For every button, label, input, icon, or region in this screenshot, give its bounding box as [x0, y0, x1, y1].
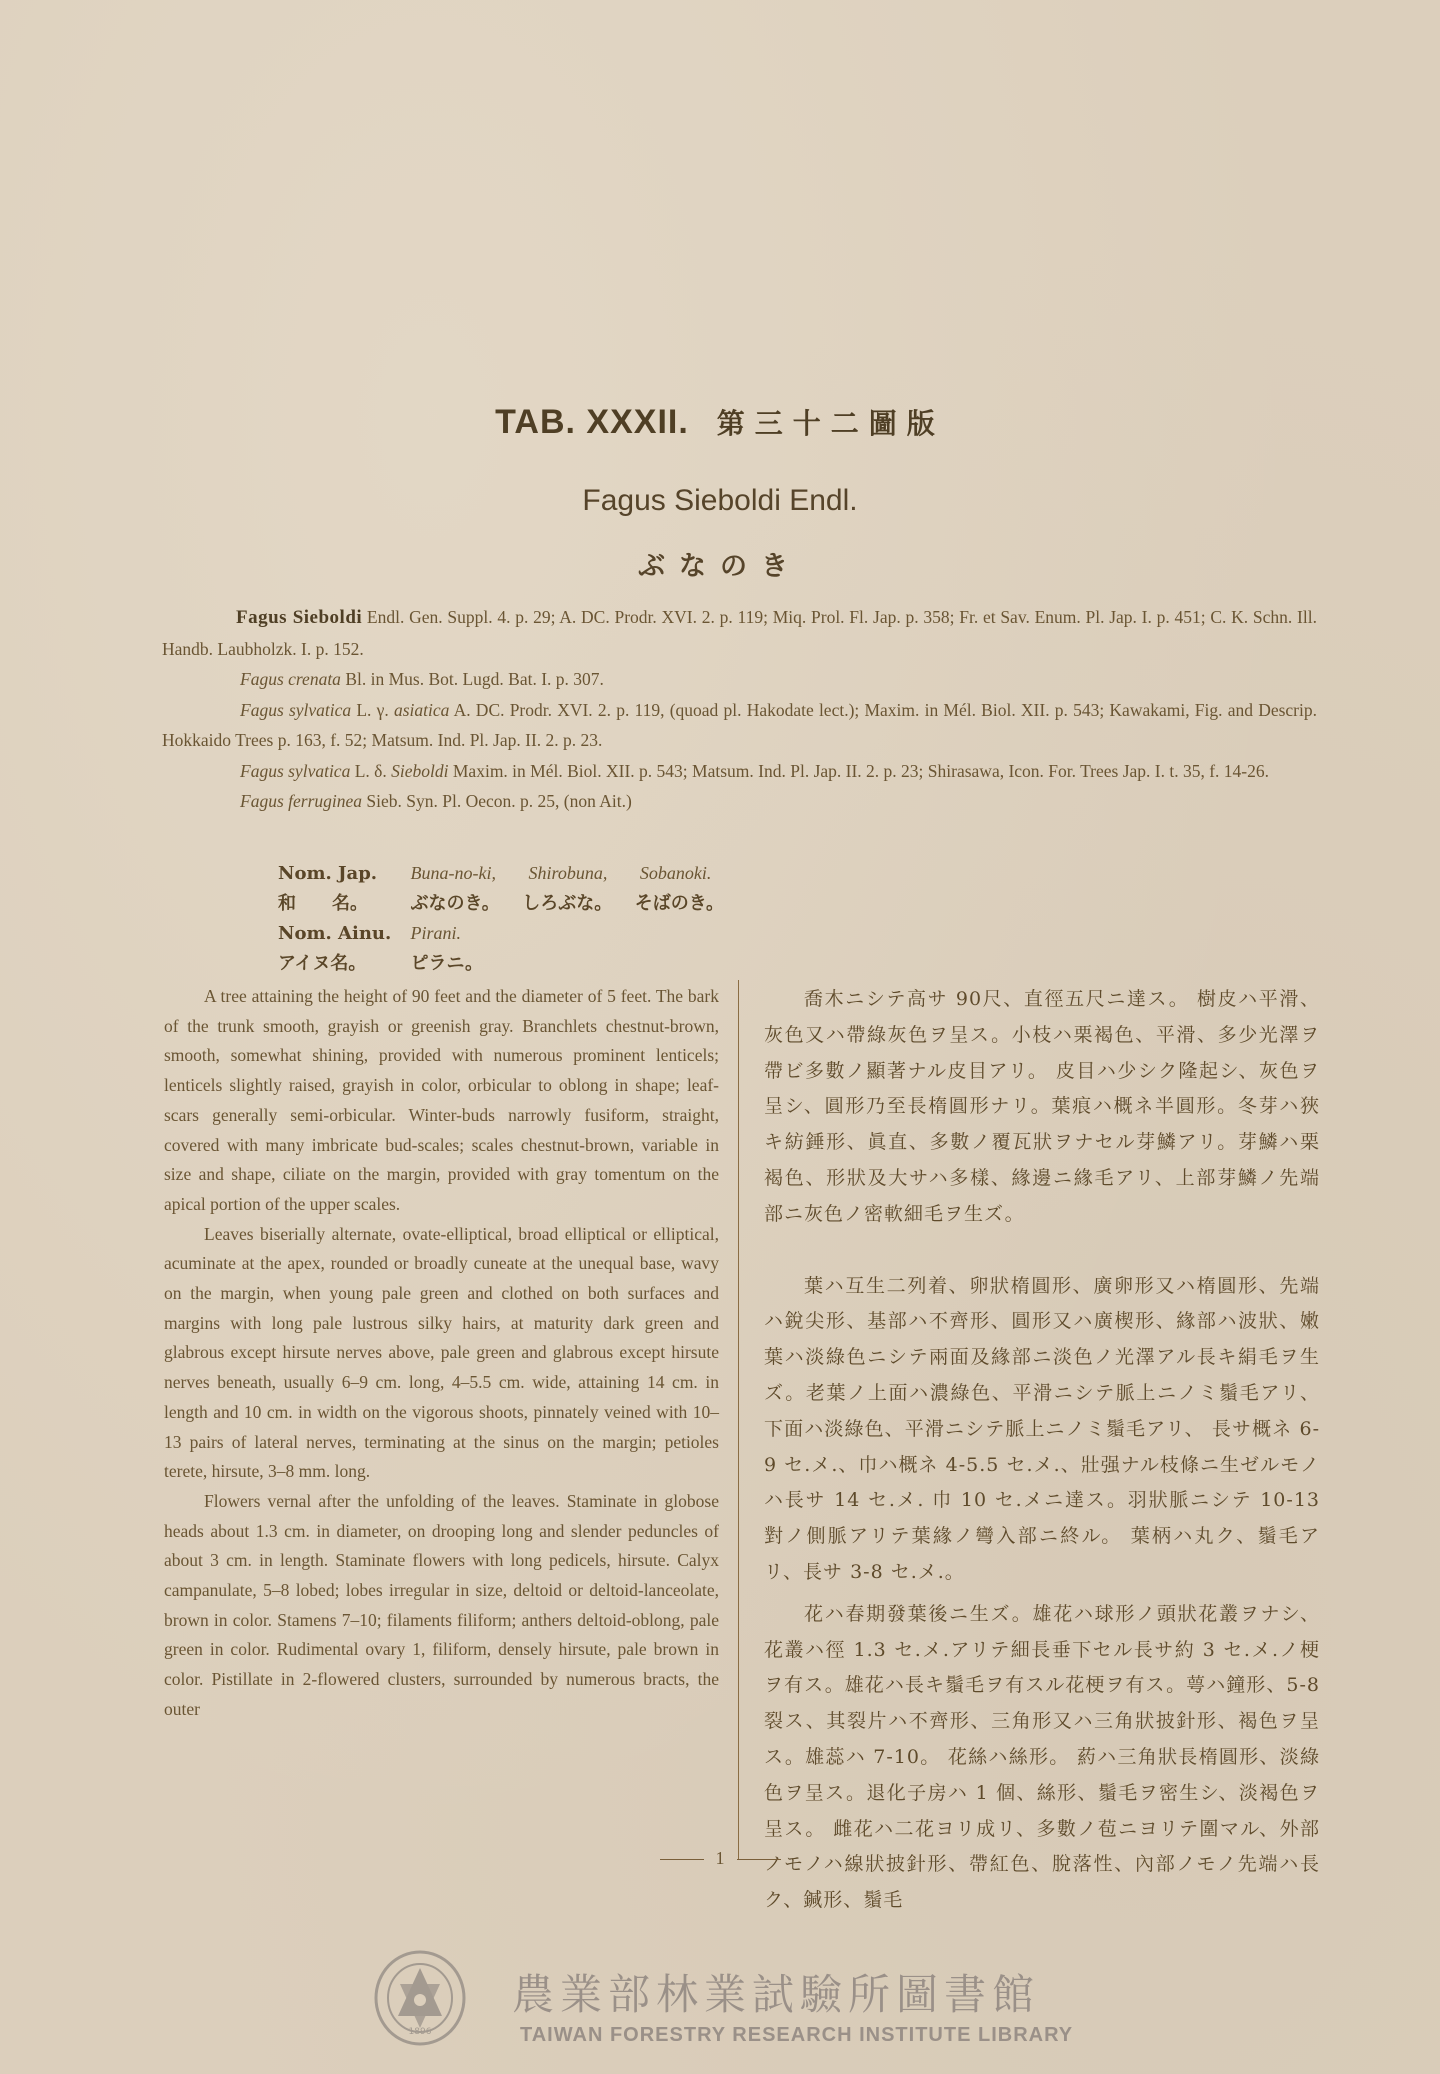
page-number: 1 [0, 1848, 1440, 1869]
svg-text:1896: 1896 [409, 2027, 432, 2037]
description-paragraph-jp: 花ハ春期發葉後ニ生ズ。雄花ハ球形ノ頭狀花叢ヲナシ、花叢ハ徑 1.3 セ.メ.アリ… [764, 1597, 1320, 1919]
japanese-description-column: 喬木ニシテ高サ 90尺、直徑五尺ニ達ス。 樹皮ハ平滑、灰色又ハ帶綠灰色ヲ呈ス。小… [764, 982, 1320, 1919]
ainu-name-row: アイヌ名。 ピラニ。 [278, 948, 742, 978]
description-paragraph: A tree attaining the height of 90 feet a… [164, 982, 719, 1220]
nom-ainu-row: Nom. Ainu. Pirani. [278, 918, 742, 948]
library-name-chinese: 農業部林業試驗所圖書館 [512, 1962, 1040, 2022]
nomenclature-block: Nom. Jap. Buna-no-ki, Shirobuna, Sobanok… [278, 858, 742, 978]
page-rule-right [737, 1859, 781, 1860]
synonym-entry: Fagus ferruginea Sieb. Syn. Pl. Oecon. p… [162, 786, 1317, 817]
synonym-entry: Fagus Sieboldi Endl. Gen. Suppl. 4. p. 2… [162, 602, 1317, 664]
plate-heading: TAB. XXXII.第三十二圖版 [0, 402, 1440, 442]
description-paragraph-jp: 葉ハ互生二列着、卵狀楕圓形、廣卵形又ハ楕圓形、先端ハ銳尖形、基部ハ不齊形、圓形又… [764, 1269, 1320, 1591]
nom-jap-row: Nom. Jap. Buna-no-ki, Shirobuna, Sobanok… [278, 858, 742, 888]
synonym-entry: Fagus sylvatica L. δ. Sieboldi Maxim. in… [162, 756, 1317, 787]
column-divider [738, 980, 739, 1860]
library-seal-icon: 1896 [372, 1950, 468, 2046]
english-description-column: A tree attaining the height of 90 feet a… [164, 982, 719, 1725]
synonym-entry: Fagus sylvatica L. γ. asiatica A. DC. Pr… [162, 695, 1317, 756]
synonym-entry: Fagus crenata Bl. in Mus. Bot. Lugd. Bat… [162, 664, 1317, 695]
wamei-row: 和 名。 ぶなのき。 しろぶな。 そばのき。 [278, 888, 742, 918]
description-paragraph-jp: 喬木ニシテ高サ 90尺、直徑五尺ニ達ス。 樹皮ハ平滑、灰色又ハ帶綠灰色ヲ呈ス。小… [764, 982, 1320, 1233]
library-name-english: TAIWAN FORESTRY RESEARCH INSTITUTE LIBRA… [520, 2024, 1073, 2047]
page-rule-left [660, 1859, 704, 1860]
synonymy-block: Fagus Sieboldi Endl. Gen. Suppl. 4. p. 2… [162, 602, 1317, 817]
description-paragraph: Flowers vernal after the unfolding of th… [164, 1487, 719, 1725]
kana-title: ぶなのき [0, 544, 1440, 583]
plate-number: TAB. XXXII. [495, 403, 689, 441]
description-paragraph: Leaves biserially alternate, ovate-ellip… [164, 1220, 719, 1487]
plate-number-jp: 第三十二圖版 [717, 407, 945, 440]
species-title: Fagus Sieboldi Endl. [0, 484, 1440, 518]
